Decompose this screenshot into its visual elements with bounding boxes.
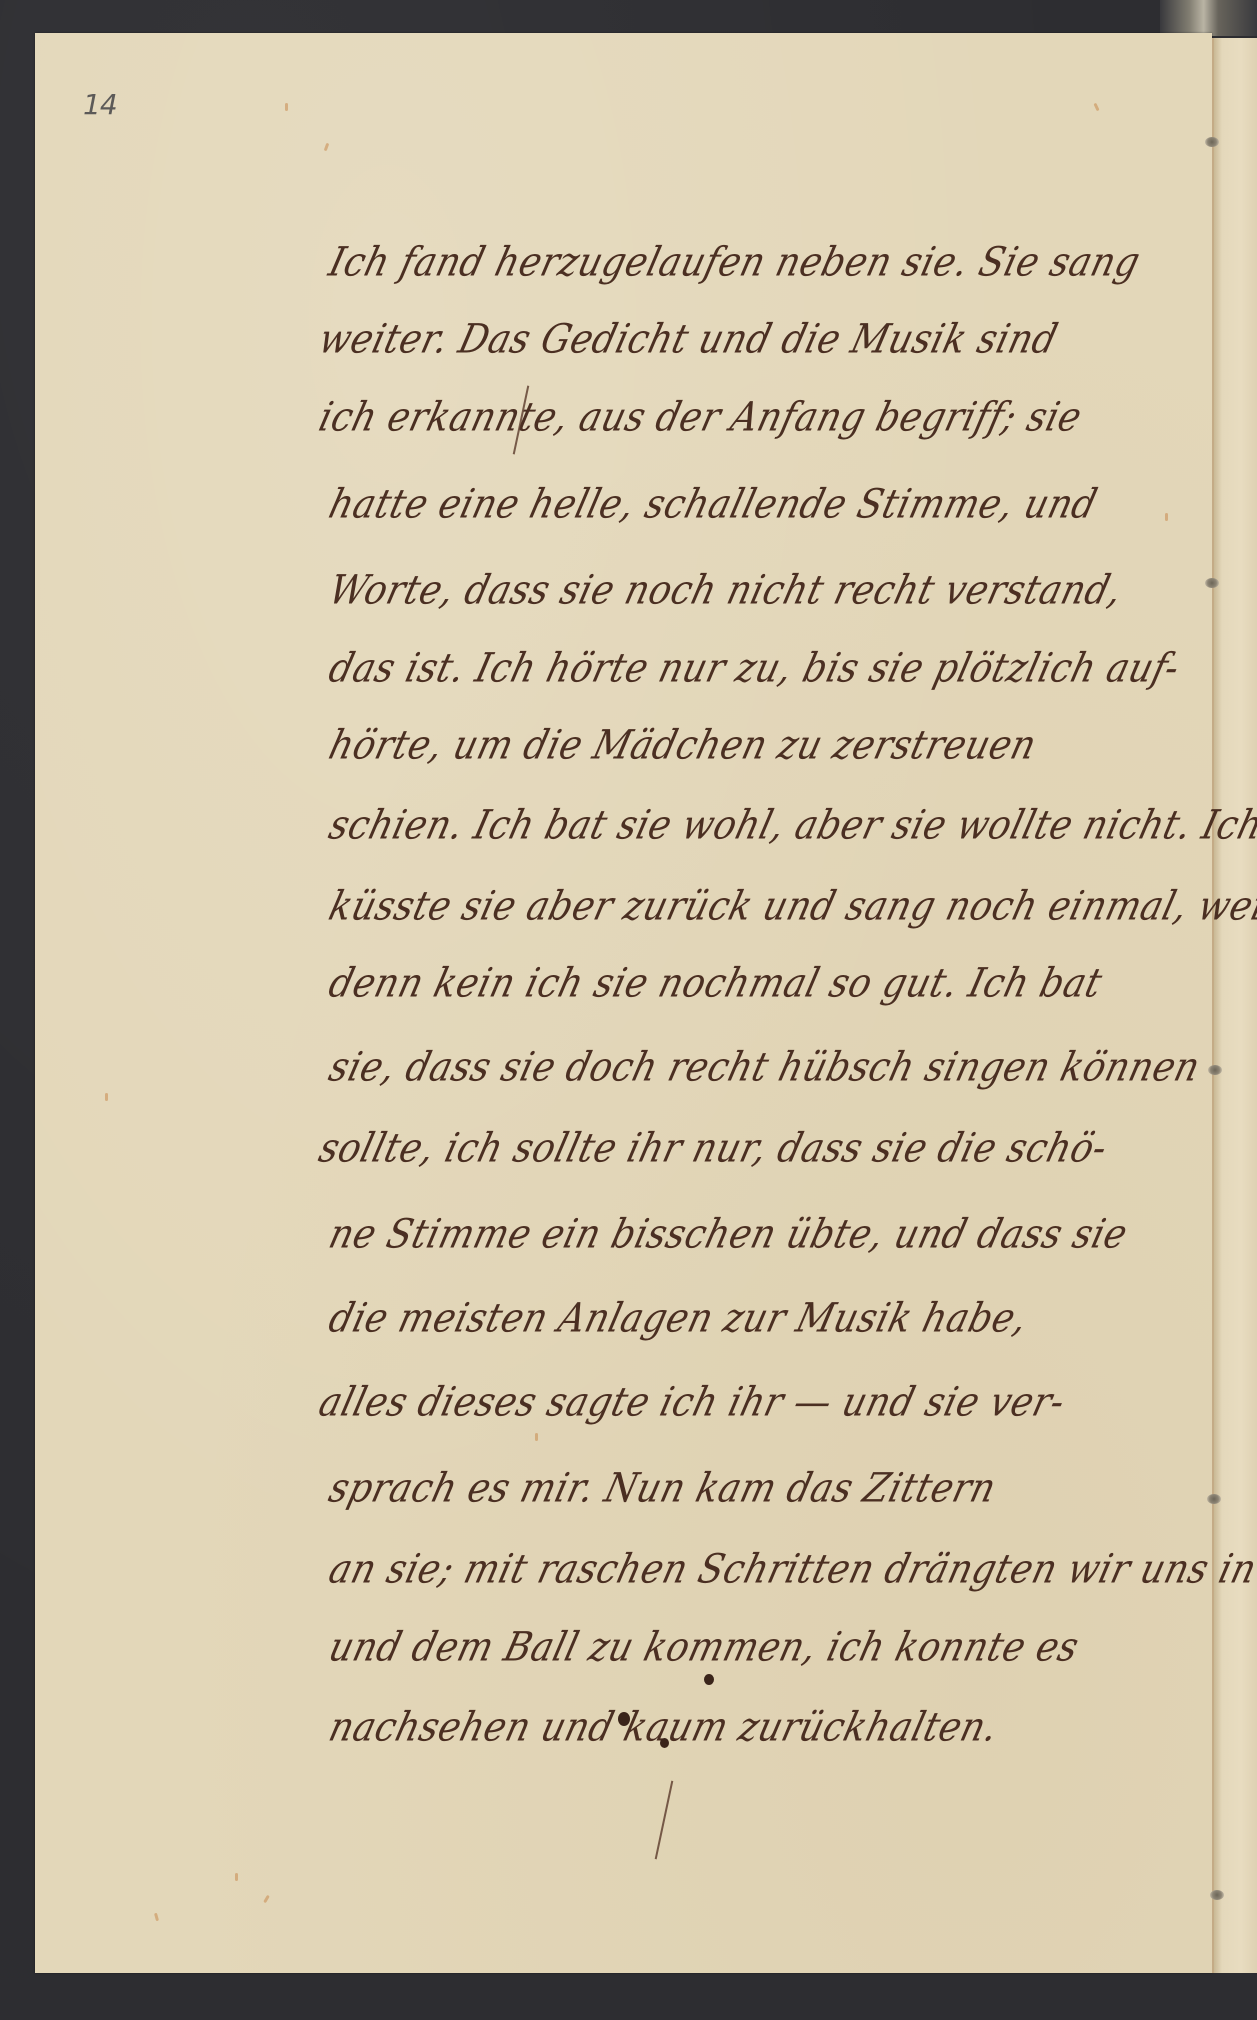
handwritten-line-4: hatte eine helle, schallende Stimme, und [325, 485, 1165, 525]
handwritten-line-11: sie, dass sie doch recht hübsch singen k… [325, 1048, 1165, 1088]
handwritten-line-1: Ich fand herzugelaufen neben sie. Sie sa… [325, 243, 1165, 283]
paper-fleck [1165, 513, 1168, 521]
handwritten-line-19: nachsehen und kaum zurückhalten. [325, 1708, 1165, 1748]
handwritten-line-2: weiter. Das Gedicht und die Musik sind [315, 320, 1155, 360]
handwritten-line-8: schien. Ich bat sie wohl, aber sie wollt… [325, 806, 1165, 846]
paper-fleck [324, 143, 330, 152]
page-number: 14 [83, 88, 117, 121]
paper-fleck [154, 1913, 159, 1922]
binding-stitch [1205, 578, 1219, 588]
handwritten-line-13: ne Stimme ein bisschen übte, und dass si… [325, 1215, 1165, 1255]
handwritten-line-16: sprach es mir. Nun kam das Zittern [325, 1469, 1165, 1509]
handwritten-line-15: alles dieses sagte ich ihr — und sie ver… [315, 1383, 1155, 1423]
paper-fleck [263, 1895, 270, 1903]
handwritten-line-5: Worte, dass sie noch nicht recht verstan… [325, 571, 1165, 611]
ink-blot [704, 1674, 714, 1685]
paper-fleck [235, 1873, 238, 1881]
paper-fleck [535, 1433, 538, 1441]
binding-stitch [1207, 1494, 1221, 1504]
handwritten-line-14: die meisten Anlagen zur Musik habe, [325, 1299, 1165, 1339]
handwritten-line-3: ich erkannte, aus der Anfang begriff; si… [315, 398, 1155, 438]
handwritten-line-12: sollte, ich sollte ihr nur, dass sie die… [315, 1129, 1155, 1169]
paper-fleck [1093, 103, 1099, 112]
binding-stitch [1210, 1890, 1224, 1900]
handwritten-line-17: an sie; mit raschen Schritten drängten w… [325, 1550, 1165, 1590]
paper-fleck [105, 1093, 108, 1101]
binding-stitch [1205, 137, 1219, 147]
handwritten-line-9: küsste sie aber zurück und sang noch ein… [325, 887, 1165, 927]
ink-blot [660, 1738, 669, 1748]
binding-stitch [1208, 1065, 1222, 1075]
paper-fleck [285, 103, 288, 111]
handwritten-line-10: denn kein ich sie nochmal so gut. Ich ba… [325, 964, 1165, 1004]
handwritten-line-18: und dem Ball zu kommen, ich konnte es [325, 1628, 1165, 1668]
handwritten-line-7: hörte, um die Mädchen zu zerstreuen [325, 726, 1165, 766]
handwritten-line-6: das ist. Ich hörte nur zu, bis sie plötz… [325, 649, 1165, 689]
adjacent-page-edge [1212, 38, 1257, 1973]
binding-spine-top [1160, 0, 1257, 36]
ink-blot [618, 1712, 630, 1726]
